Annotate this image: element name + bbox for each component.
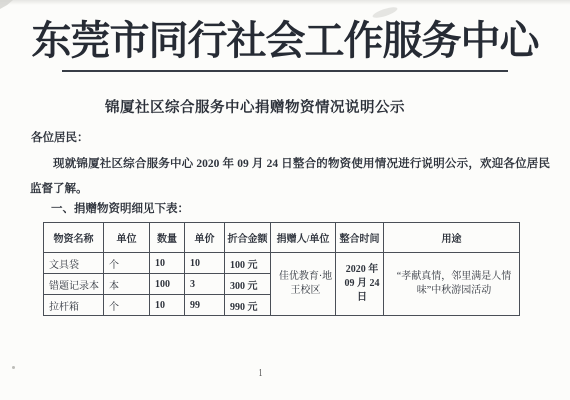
letterhead-org-name: 东莞市同行社会工作服务中心 bbox=[0, 17, 570, 65]
scan-edge-artifact bbox=[0, 0, 570, 5]
cell-quantity: 10 bbox=[150, 253, 185, 274]
cell-item-name: 拉杆箱 bbox=[44, 295, 104, 316]
scan-speck-artifact bbox=[12, 366, 15, 369]
cell-quantity: 10 bbox=[150, 295, 185, 316]
col-header-date: 整合时间 bbox=[336, 223, 384, 253]
col-header-quantity: 数量 bbox=[150, 223, 185, 253]
cell-unit: 个 bbox=[104, 295, 150, 316]
cell-quantity: 100 bbox=[150, 274, 185, 295]
cell-amount: 100 元 bbox=[225, 253, 271, 274]
col-header-unit-price: 单价 bbox=[185, 223, 225, 253]
col-header-amount: 折合金额 bbox=[225, 223, 271, 253]
col-header-item: 物资名称 bbox=[44, 223, 104, 253]
cell-unit-price: 99 bbox=[185, 295, 225, 316]
body-paragraph: 现就锦厦社区综合服务中心 2020 年 09 月 24 日整合的物资使用情况进行… bbox=[30, 152, 550, 202]
document-page: 东莞市同行社会工作服务中心 锦厦社区综合服务中心捐赠物资情况说明公示 各位居民：… bbox=[0, 0, 570, 400]
col-header-unit: 单位 bbox=[104, 223, 150, 253]
col-header-purpose: 用途 bbox=[384, 223, 520, 253]
table-header-row: 物资名称 单位 数量 单价 折合金额 捐赠人/单位 整合时间 用途 bbox=[44, 223, 520, 253]
cell-item-name: 文具袋 bbox=[44, 253, 104, 274]
cell-item-name: 错题记录本 bbox=[44, 274, 104, 295]
col-header-donor: 捐赠人/单位 bbox=[271, 223, 336, 253]
date-cell: 2020 年 09 月 24 日 bbox=[336, 253, 384, 316]
cell-unit-price: 3 bbox=[185, 274, 225, 295]
purpose-cell: “孝献真情，邻里满是人情味”中秋游园活动 bbox=[384, 253, 520, 316]
donor-cell: 佳优教育·地王校区 bbox=[271, 253, 336, 316]
letterhead-rule bbox=[62, 70, 508, 72]
table-row: 文具袋 个 10 10 100 元 佳优教育·地王校区 2020 年 09 月 … bbox=[44, 253, 520, 274]
salutation: 各位居民： bbox=[31, 129, 89, 145]
cell-amount: 990 元 bbox=[225, 295, 271, 316]
table-intro: 一、捐赠物资明细见下表： bbox=[51, 200, 189, 216]
cell-unit-price: 10 bbox=[185, 253, 225, 274]
notice-title: 锦厦社区综合服务中心捐赠物资情况说明公示 bbox=[105, 96, 405, 117]
donation-table: 物资名称 单位 数量 单价 折合金额 捐赠人/单位 整合时间 用途 文具袋 个 … bbox=[43, 222, 520, 316]
page-number: 1 bbox=[259, 368, 263, 379]
cell-unit: 个 bbox=[104, 253, 150, 274]
cell-amount: 300 元 bbox=[225, 274, 271, 295]
cell-unit: 本 bbox=[104, 274, 150, 295]
